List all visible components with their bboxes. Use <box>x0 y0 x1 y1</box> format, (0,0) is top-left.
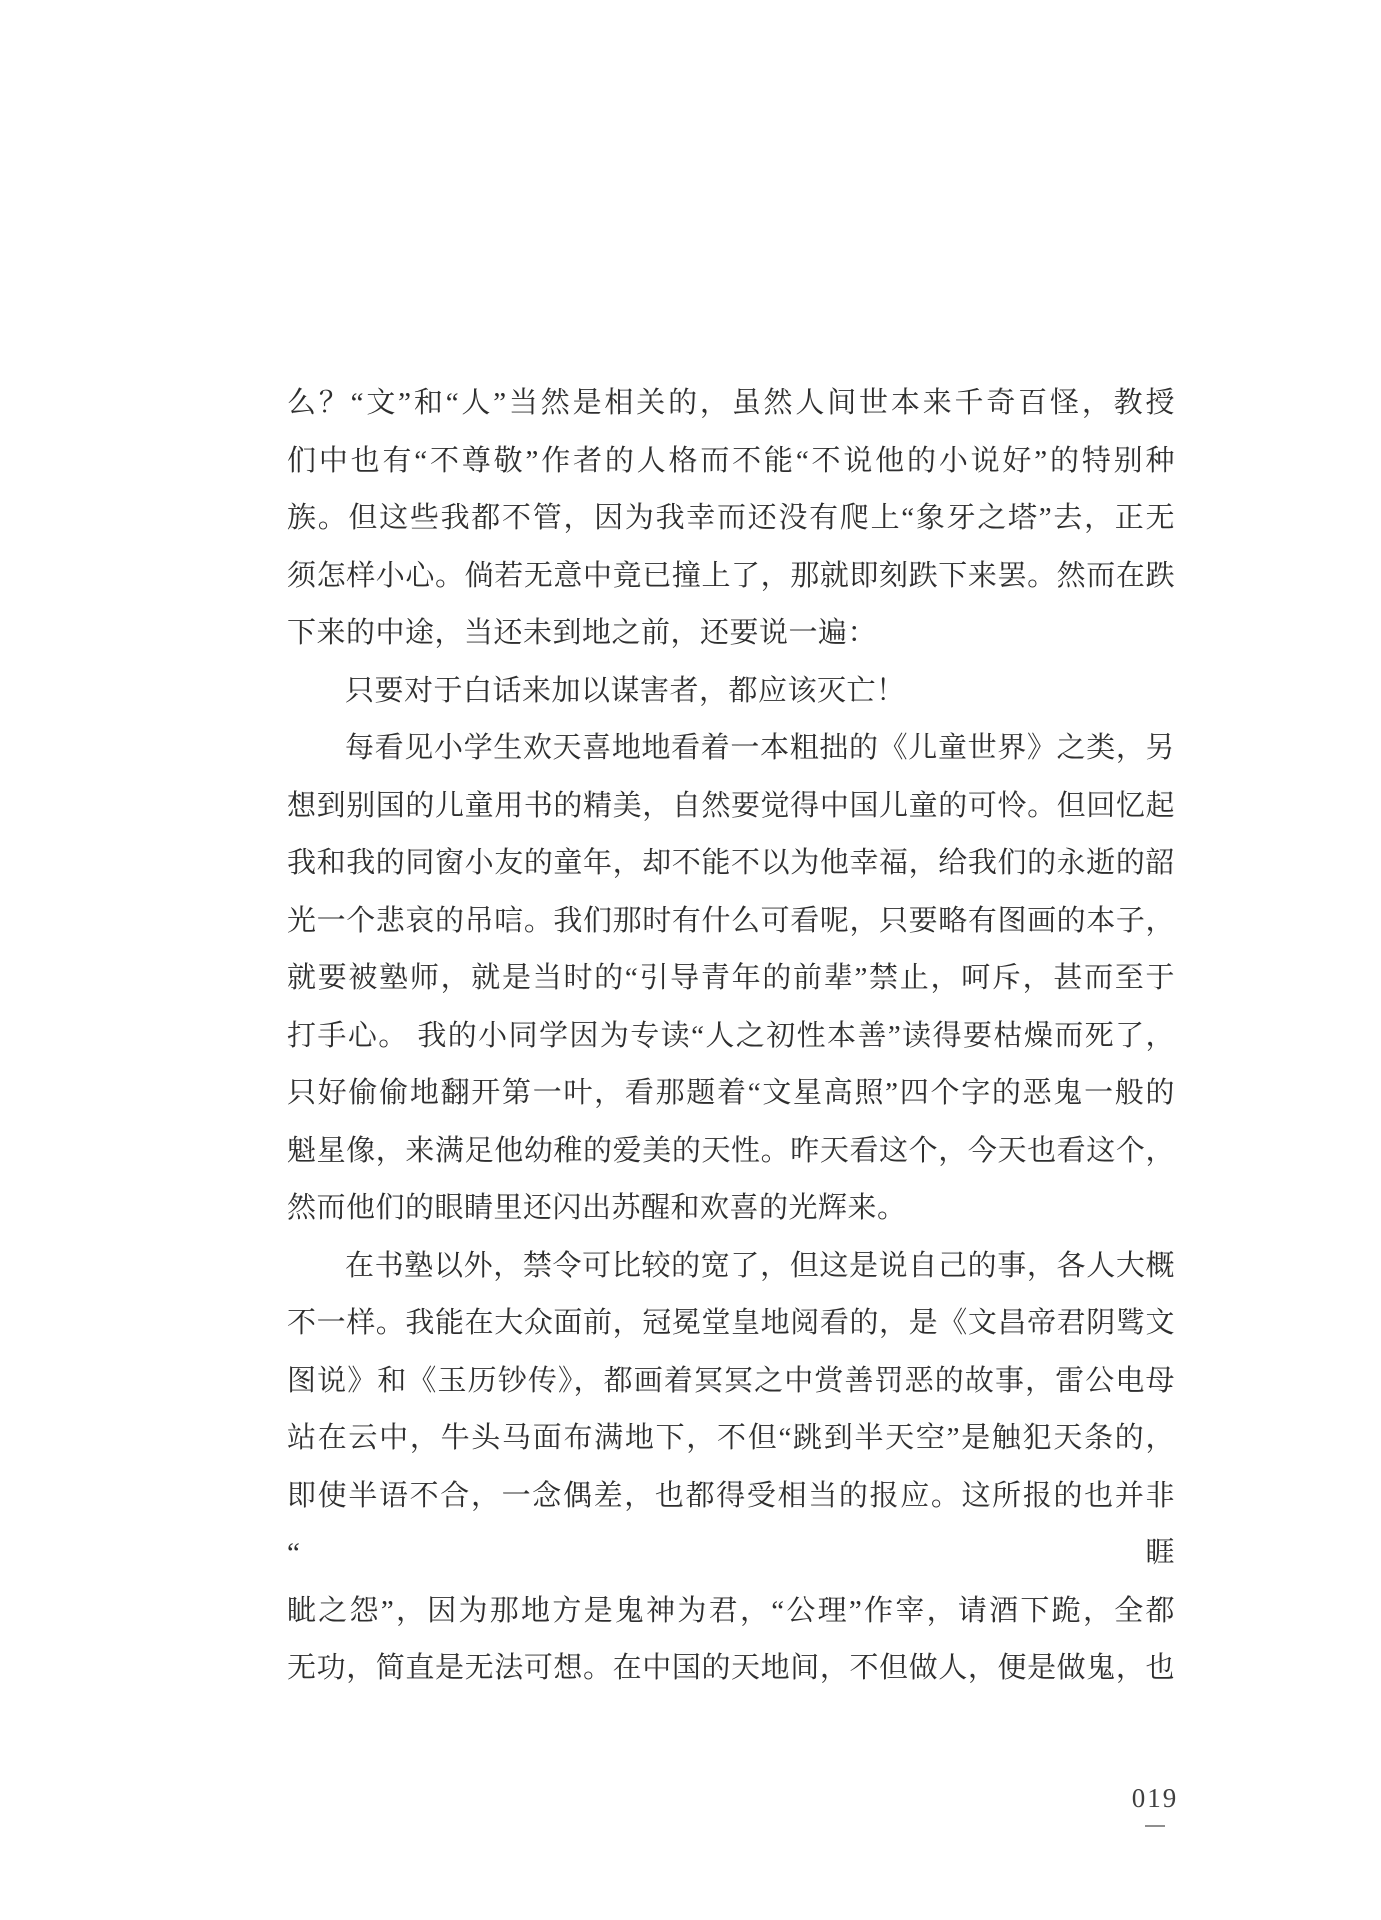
text-line: 下来的中途，当还未到地之前，还要说一遍： <box>287 605 1175 663</box>
page-number-underline <box>1145 1825 1165 1827</box>
text-line: 图说》和《玉历钞传》，都画着冥冥之中赏善罚恶的故事，雷公电母 <box>287 1353 1175 1411</box>
text-line: 就要被塾师，就是当时的“引导青年的前辈”禁止，呵斥，甚而至于 <box>287 950 1175 1008</box>
text-line: 打手心。 我的小同学因为专读“人之初性本善”读得要枯燥而死了， <box>287 1008 1175 1066</box>
text-line: 么？“文”和“人”当然是相关的，虽然人间世本来千奇百怪，教授 <box>287 375 1175 433</box>
page-number-block: 019 <box>1125 1783 1185 1827</box>
text-line: 想到别国的儿童用书的精美，自然要觉得中国儿童的可怜。但回忆起 <box>287 778 1175 836</box>
text-line: 光一个悲哀的吊唁。我们那时有什么可看呢，只要略有图画的本子， <box>287 893 1175 951</box>
text-line: 只好偷偷地翻开第一叶，看那题着“文星高照”四个字的恶鬼一般的 <box>287 1065 1175 1123</box>
text-line: 眦之怨”，因为那地方是鬼神为君，“公理”作宰，请酒下跪，全都 <box>287 1583 1175 1641</box>
page-number: 019 <box>1125 1783 1185 1813</box>
text-line: 魁星像，来满足他幼稚的爱美的天性。昨天看这个，今天也看这个， <box>287 1123 1175 1181</box>
text-line: 然而他们的眼睛里还闪出苏醒和欢喜的光辉来。 <box>287 1180 1175 1238</box>
book-page: 么？“文”和“人”当然是相关的，虽然人间世本来千奇百怪，教授们中也有“不尊敬”作… <box>0 0 1381 1920</box>
text-line: 我和我的同窗小友的童年，却不能不以为他幸福，给我们的永逝的韶 <box>287 835 1175 893</box>
text-line: 无功，简直是无法可想。在中国的天地间，不但做人，便是做鬼，也 <box>287 1640 1175 1698</box>
text-line: 只要对于白话来加以谋害者，都应该灭亡！ <box>287 663 1175 721</box>
text-line: 们中也有“不尊敬”作者的人格而不能“不说他的小说好”的特别种 <box>287 433 1175 491</box>
text-line: 须怎样小心。倘若无意中竟已撞上了，那就即刻跌下来罢。然而在跌 <box>287 548 1175 606</box>
text-line: 族。但这些我都不管，因为我幸而还没有爬上“象牙之塔”去，正无 <box>287 490 1175 548</box>
text-line: 在书塾以外，禁令可比较的宽了，但这是说自己的事，各人大概 <box>287 1238 1175 1296</box>
text-line: 不一样。我能在大众面前，冠冕堂皇地阅看的，是《文昌帝君阴骘文 <box>287 1295 1175 1353</box>
text-line: 即使半语不合，一念偶差，也都得受相当的报应。这所报的也并非“睚 <box>287 1468 1175 1583</box>
text-line: 每看见小学生欢天喜地地看着一本粗拙的《儿童世界》之类，另 <box>287 720 1175 778</box>
body-text: 么？“文”和“人”当然是相关的，虽然人间世本来千奇百怪，教授们中也有“不尊敬”作… <box>287 375 1175 1698</box>
text-line: 站在云中，牛头马面布满地下，不但“跳到半天空”是触犯天条的， <box>287 1410 1175 1468</box>
